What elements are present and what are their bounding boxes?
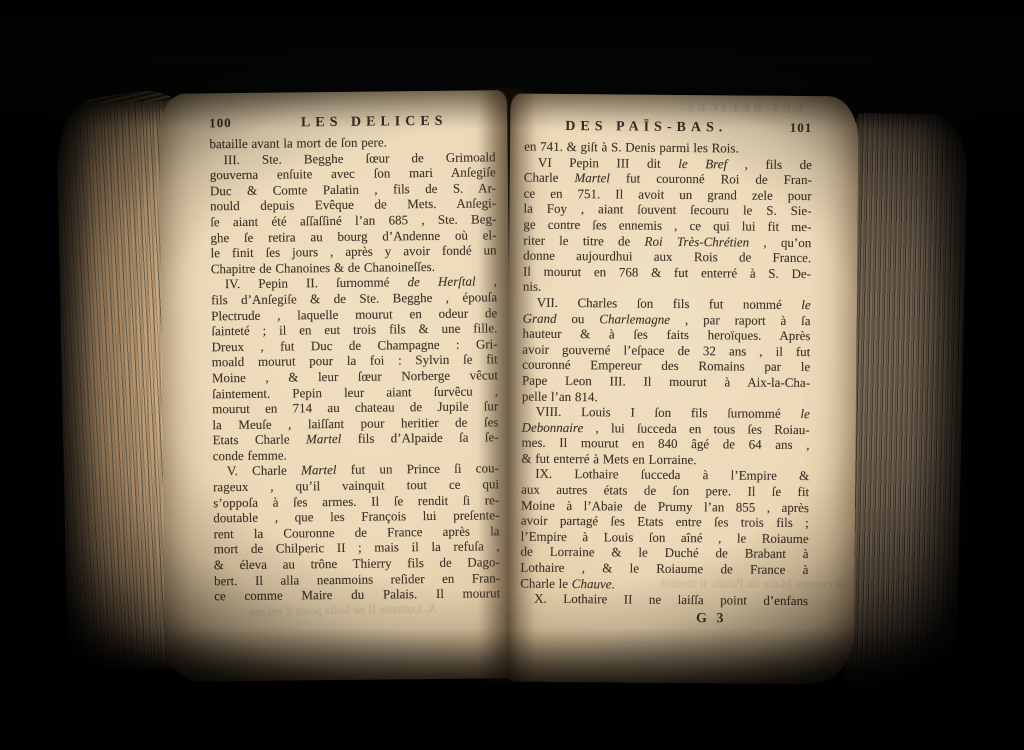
- fore-edge-right: [844, 113, 968, 689]
- signature-mark: G 3: [520, 609, 808, 628]
- text-line: le finit ſes jours , après y avoir fondé…: [211, 242, 497, 261]
- page-number-right: 101: [768, 120, 812, 136]
- book-photo: X. Lothaire II ne laiſſa point d’enfans …: [0, 0, 1024, 750]
- left-page-text-column: 100 LES DELICES bataille avant la mort d…: [209, 112, 500, 604]
- right-page: LES DELICES ce comme Maire du Palais. Il…: [505, 93, 858, 684]
- text-line: Il mourut en 768 & fut enterré à S. De-: [523, 263, 811, 281]
- text-line: ce comme Maire du Palais. Il mourut: [214, 586, 500, 605]
- text-line: X. Lothaire II ne laiſſa point d’enfans: [520, 591, 808, 609]
- text-line: Etats Charle Martel fils d’Alpaide ſa ſe…: [212, 430, 498, 449]
- page-header-left: 100 LES DELICES: [209, 112, 495, 132]
- page-number-left: 100: [209, 115, 253, 131]
- bleed-through-text: LES DELICES: [540, 101, 802, 115]
- running-title-right: DES PAÏS-BAS.: [524, 119, 768, 137]
- right-page-text-column: DES PAÏS-BAS. 101 en 741. & giſt à S. De…: [520, 118, 812, 628]
- left-page: X. Lothaire II ne laiſſa point d’enfans …: [159, 90, 513, 682]
- page-header-right: DES PAÏS-BAS. 101: [524, 118, 812, 138]
- body-text-left: bataille avant la mort de ſon pere.III. …: [209, 133, 500, 604]
- gutter-shadow: [478, 88, 536, 684]
- running-title-left: LES DELICES: [253, 113, 495, 132]
- body-text-right: en 741. & giſt à S. Denis parmi les Rois…: [520, 139, 812, 609]
